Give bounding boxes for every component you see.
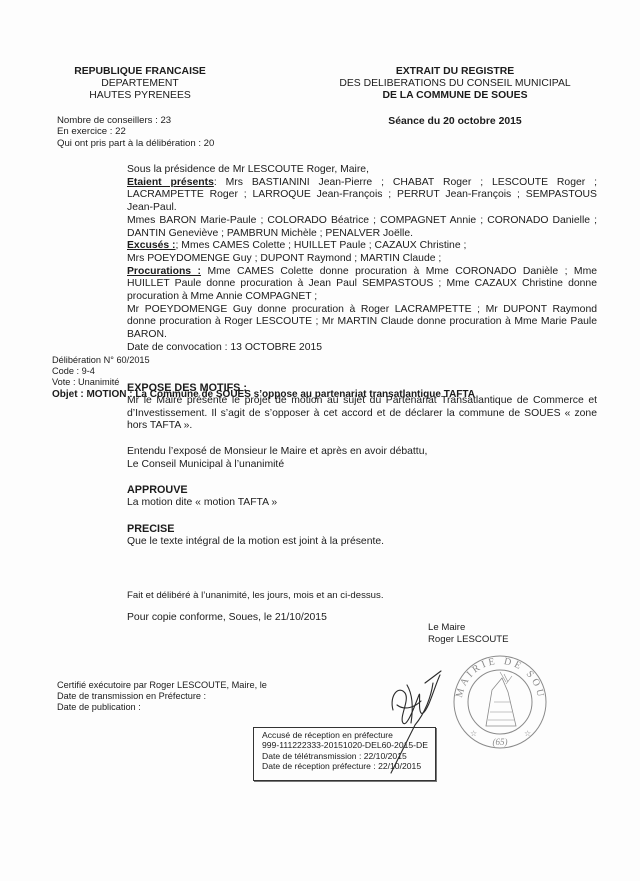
mairie-stamp-icon: MAIRIE DE SOUES (65) ☆ ☆	[450, 652, 550, 752]
seance-date: Séance du 20 octobre 2015	[290, 116, 620, 129]
date-transmission: Date de transmission en Préfecture :	[57, 691, 267, 702]
maire-title: Le Maire	[428, 622, 509, 634]
header-republique: REPUBLIQUE FRANCAISE DEPARTEMENT HAUTES …	[40, 66, 240, 102]
certification-block: Certifié exécutoire par Roger LESCOUTE, …	[57, 680, 267, 713]
signature-icon	[385, 665, 455, 775]
header-departement: DEPARTEMENT	[40, 78, 240, 90]
deliberation-number: Délibération N° 60/2015	[52, 355, 475, 366]
procurations-text-2: Mr POEYDOMENGE Guy donne procuration à R…	[127, 304, 597, 342]
entendu-line-2: Le Conseil Municipal à l’unanimité	[127, 459, 597, 472]
presence-section: Sous la présidence de Mr LESCOUTE Roger,…	[127, 164, 597, 355]
certifie-executoire: Certifié exécutoire par Roger LESCOUTE, …	[57, 680, 267, 691]
procurations-paragraph: Procurations : Mme CAMES Colette donne p…	[127, 266, 597, 304]
excuses-label: Excusés :	[127, 240, 176, 251]
expose-heading: EXPOSE DES MOTIFS :	[127, 382, 597, 395]
convocation-date: Date de convocation : 13 OCTOBRE 2015	[127, 342, 597, 355]
presents-paragraph: Etaient présents: Mrs BASTIANINI Jean-Pi…	[127, 177, 597, 215]
presents-mmes: Mmes BARON Marie-Paule ; COLORADO Béatri…	[127, 215, 597, 240]
precise-text: Que le texte intégral de la motion est j…	[127, 536, 597, 549]
deliberation-code: Code : 9-4	[52, 366, 475, 377]
count-conseillers: Nombre de conseillers : 23	[57, 115, 214, 126]
fait-delibere: Fait et délibéré à l’unanimité, les jour…	[127, 590, 383, 603]
excuses-mrs: Mrs POEYDOMENGE Guy ; DUPONT Raymond ; M…	[127, 253, 597, 266]
header-deliberations: DES DELIBERATIONS DU CONSEIL MUNICIPAL	[290, 78, 620, 90]
header-commune: DE LA COMMUNE DE SOUES	[290, 90, 620, 102]
header-republique-title: REPUBLIQUE FRANCAISE	[40, 66, 240, 78]
deliberation-body: EXPOSE DES MOTIFS : Mr le Maire présente…	[127, 382, 597, 548]
procurations-label: Procurations :	[127, 266, 201, 277]
header-extrait-title: EXTRAIT DU REGISTRE	[290, 66, 620, 78]
header-extrait: EXTRAIT DU REGISTRE DES DELIBERATIONS DU…	[290, 66, 620, 102]
svg-text:☆: ☆	[524, 729, 531, 738]
presents-label: Etaient présents	[127, 177, 214, 188]
expose-text: Mr le Maire présente le projet de motion…	[127, 395, 597, 433]
count-exercice: En exercice : 22	[57, 126, 214, 137]
approuve-heading: APPROUVE	[127, 484, 597, 497]
copie-conforme: Pour copie conforme, Soues, le 21/10/201…	[127, 612, 327, 625]
date-publication: Date de publication :	[57, 702, 267, 713]
svg-text:MAIRIE DE SOUES: MAIRIE DE SOUES	[450, 652, 546, 700]
header-hautes-pyrenees: HAUTES PYRENEES	[40, 90, 240, 102]
council-counts: Nombre de conseillers : 23 En exercice :…	[57, 115, 214, 149]
excuses-paragraph: Excusés :; Mmes CAMES Colette ; HUILLET …	[127, 240, 597, 253]
excuses-mmes: ; Mmes CAMES Colette ; HUILLET Paule ; C…	[176, 240, 467, 251]
maire-name: Roger LESCOUTE	[428, 634, 509, 646]
precise-heading: PRECISE	[127, 523, 597, 536]
svg-text:☆: ☆	[470, 729, 477, 738]
approuve-text: La motion dite « motion TAFTA »	[127, 497, 597, 510]
presidence-line: Sous la présidence de Mr LESCOUTE Roger,…	[127, 164, 597, 177]
count-deliberation: Qui ont pris part à la délibération : 20	[57, 138, 214, 149]
maire-signature-block: Le Maire Roger LESCOUTE	[428, 622, 509, 646]
entendu-line-1: Entendu l’exposé de Monsieur le Maire et…	[127, 446, 597, 459]
svg-text:(65): (65)	[493, 737, 508, 747]
